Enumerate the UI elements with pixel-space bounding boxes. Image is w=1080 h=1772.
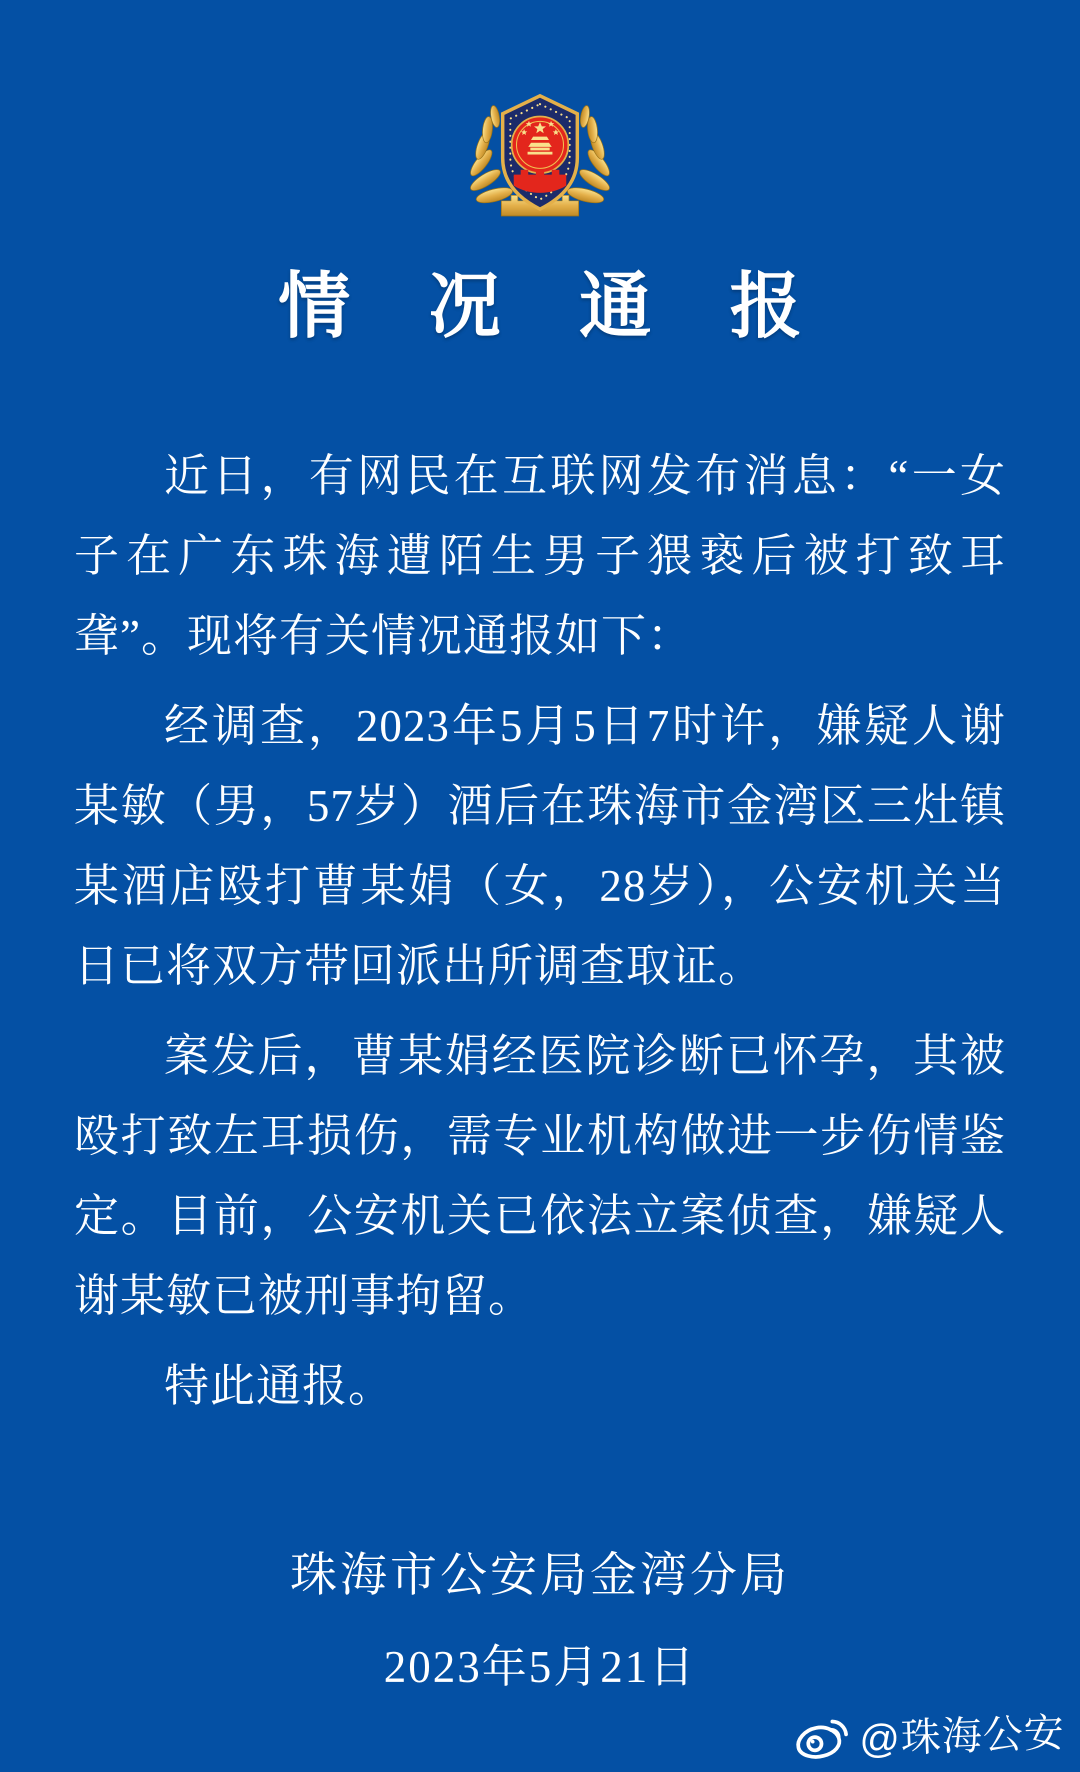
notice-body: 近日，有网民在互联网发布消息：“一女子在广东珠海遭陌生男子猥亵后被打致耳聋”。现… xyxy=(74,436,1006,1436)
weibo-watermark: @珠海公安 xyxy=(793,1701,1066,1767)
issuer-name: 珠海市公安局金湾分局 xyxy=(0,1538,1080,1605)
issue-date: 2023年5月21日 xyxy=(0,1630,1080,1695)
notice-title: 情 况 通 报 xyxy=(0,248,1080,352)
weibo-icon xyxy=(793,1715,853,1761)
police-notice-page: 情 况 通 报 近日，有网民在互联网发布消息：“一女子在广东珠海遭陌生男子猥亵后… xyxy=(0,0,1080,1772)
notice-paragraph-4: 特此通报。 xyxy=(74,1346,1006,1426)
notice-paragraph-1: 近日，有网民在互联网发布消息：“一女子在广东珠海遭陌生男子猥亵后被打致耳聋”。现… xyxy=(74,436,1006,676)
notice-paragraph-2: 经调查，2023年5月5日7时许，嫌疑人谢某敏（男，57岁）酒后在珠海市金湾区三… xyxy=(74,686,1006,1006)
police-badge-icon xyxy=(464,76,616,222)
watermark-account: @珠海公安 xyxy=(859,1701,1066,1765)
notice-paragraph-3: 案发后，曹某娟经医院诊断已怀孕，其被殴打致左耳损伤，需专业机构做进一步伤情鉴定。… xyxy=(74,1016,1006,1336)
